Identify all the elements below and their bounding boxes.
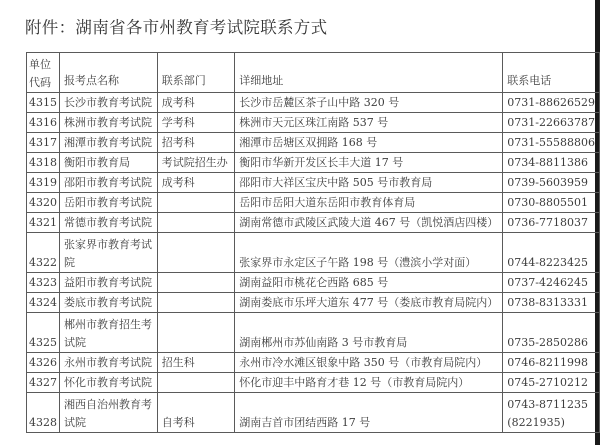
cell-phone: 0735-2850286 [503,313,600,353]
cell-name: 湘西自治州教育考试院 [60,393,158,433]
cell-code: 4326 [27,353,60,373]
cell-code: 4317 [27,133,60,153]
header-phone: 联系电话 [503,53,600,93]
cell-phone: 0731-22663787 [503,113,600,133]
cell-code: 4321 [27,213,60,233]
cell-dept [157,373,235,393]
cell-code: 4324 [27,293,60,313]
cell-dept [157,213,235,233]
cell-name: 娄底市教育考试院 [60,293,158,313]
cell-code: 4325 [27,313,60,353]
cell-dept [157,233,235,273]
cell-phone: 0736-7718037 [503,213,600,233]
header-unit-code-line2: 代码 [29,74,57,92]
cell-phone: 0744-8223425 [503,233,600,273]
cell-name: 株洲市教育考试院 [60,113,158,133]
cell-address: 长沙市岳麓区茶子山中路 320 号 [235,93,503,113]
table-row: 4322 张家界市教育考试院 张家界市永定区子午路 198 号（澧滨小学对面） … [27,233,600,273]
table-header-row: 单位 代码 报考点名称 联系部门 详细地址 联系电话 [27,53,600,93]
cell-code: 4316 [27,113,60,133]
header-contact-dept: 联系部门 [157,53,235,93]
cell-name: 永州市教育考试院 [60,353,158,373]
cell-code: 4318 [27,153,60,173]
cell-address: 邵阳市大祥区宝庆中路 505 号市教育局 [235,173,503,193]
cell-dept: 招生科 [157,353,235,373]
cell-address: 湖南郴州市苏仙南路 3 号市教育局 [235,313,503,353]
cell-dept: 招考科 [157,133,235,153]
table-row: 4315 长沙市教育考试院 成考科 长沙市岳麓区茶子山中路 320 号 0731… [27,93,600,113]
cell-phone-secondary: (8221935) [507,414,595,432]
cell-name: 邵阳市教育考试院 [60,173,158,193]
cell-name: 岳阳市教育考试院 [60,193,158,213]
cell-name: 衡阳市教育局 [60,153,158,173]
cell-dept: 自考科 [157,393,235,433]
cell-name: 张家界市教育考试院 [60,233,158,273]
cell-address: 湖南常德市武陵区武陵大道 467 号（凯悦酒店四楼） [235,213,503,233]
cell-address: 湖南益阳市桃花仑西路 685 号 [235,273,503,293]
cell-phone: 0731-88626529 [503,93,600,113]
cell-dept: 学考科 [157,113,235,133]
cell-address: 湖南吉首市团结西路 17 号 [235,393,503,433]
cell-dept [157,273,235,293]
header-unit-code-line1: 单位 [29,56,57,74]
table-row: 4328 湘西自治州教育考试院 自考科 湖南吉首市团结西路 17 号 0743-… [27,393,600,433]
cell-phone-primary: 0743-8711235 [507,396,595,414]
cell-phone: 0734-8811386 [503,153,600,173]
cell-address: 怀化市迎丰中路育才巷 12 号（市教育局院内） [235,373,503,393]
cell-dept: 成考科 [157,173,235,193]
cell-address: 岳阳市岳阳大道东岳阳市教育体育局 [235,193,503,213]
header-unit-code: 单位 代码 [27,53,60,93]
table-row: 4318 衡阳市教育局 考试院招生办 衡阳市华新开发区长丰大道 17 号 073… [27,153,600,173]
cell-name: 长沙市教育考试院 [60,93,158,113]
cell-address: 湘潭市岳塘区双拥路 168 号 [235,133,503,153]
cell-dept [157,193,235,213]
cell-phone: 0737-4246245 [503,273,600,293]
cell-address: 衡阳市华新开发区长丰大道 17 号 [235,153,503,173]
cell-name: 益阳市教育考试院 [60,273,158,293]
table-row: 4317 湘潭市教育考试院 招考科 湘潭市岳塘区双拥路 168 号 0731-5… [27,133,600,153]
table-row: 4326 永州市教育考试院 招生科 永州市冷水滩区银象中路 350 号（市教育局… [27,353,600,373]
cell-name: 怀化市教育考试院 [60,373,158,393]
cell-phone: 0731-55588806 [503,133,600,153]
cell-dept: 考试院招生办 [157,153,235,173]
cell-dept [157,313,235,353]
table-row: 4316 株洲市教育考试院 学考科 株洲市天元区珠江南路 537 号 0731-… [27,113,600,133]
table-row: 4323 益阳市教育考试院 湖南益阳市桃花仑西路 685 号 0737-4246… [27,273,600,293]
table-row: 4327 怀化市教育考试院 怀化市迎丰中路育才巷 12 号（市教育局院内） 07… [27,373,600,393]
cell-dept [157,293,235,313]
cell-phone: 0730-8805501 [503,193,600,213]
cell-phone: 0745-2710212 [503,373,600,393]
cell-phone: 0739-5603959 [503,173,600,193]
cell-code: 4328 [27,393,60,433]
cell-code: 4323 [27,273,60,293]
cell-phone: 0746-8211998 [503,353,600,373]
table-row: 4324 娄底市教育考试院 湖南娄底市乐坪大道东 477 号（娄底市教育局院内）… [27,293,600,313]
cell-name: 郴州市教育招生考试院 [60,313,158,353]
cell-code: 4327 [27,373,60,393]
table-row: 4319 邵阳市教育考试院 成考科 邵阳市大祥区宝庆中路 505 号市教育局 0… [27,173,600,193]
cell-phone: 0743-8711235 (8221935) [503,393,600,433]
cell-address: 株洲市天元区珠江南路 537 号 [235,113,503,133]
cell-dept: 成考科 [157,93,235,113]
cell-name: 湘潭市教育考试院 [60,133,158,153]
cell-address: 湖南娄底市乐坪大道东 477 号（娄底市教育局院内） [235,293,503,313]
table-row: 4325 郴州市教育招生考试院 湖南郴州市苏仙南路 3 号市教育局 0735-2… [27,313,600,353]
cell-name: 常德市教育考试院 [60,213,158,233]
cell-code: 4315 [27,93,60,113]
cell-phone: 0738-8313331 [503,293,600,313]
contact-table: 单位 代码 报考点名称 联系部门 详细地址 联系电话 4315 长沙市教育考试院… [26,52,600,433]
cell-address: 永州市冷水滩区银象中路 350 号（市教育局院内） [235,353,503,373]
cell-address: 张家界市永定区子午路 198 号（澧滨小学对面） [235,233,503,273]
document-title: 附件：湖南省各市州教育考试院联系方式 [25,14,327,38]
table-row: 4320 岳阳市教育考试院 岳阳市岳阳大道东岳阳市教育体育局 0730-8805… [27,193,600,213]
cell-code: 4322 [27,233,60,273]
header-exam-site-name: 报考点名称 [60,53,158,93]
table-row: 4321 常德市教育考试院 湖南常德市武陵区武陵大道 467 号（凯悦酒店四楼）… [27,213,600,233]
header-address: 详细地址 [235,53,503,93]
cell-code: 4320 [27,193,60,213]
cell-code: 4319 [27,173,60,193]
